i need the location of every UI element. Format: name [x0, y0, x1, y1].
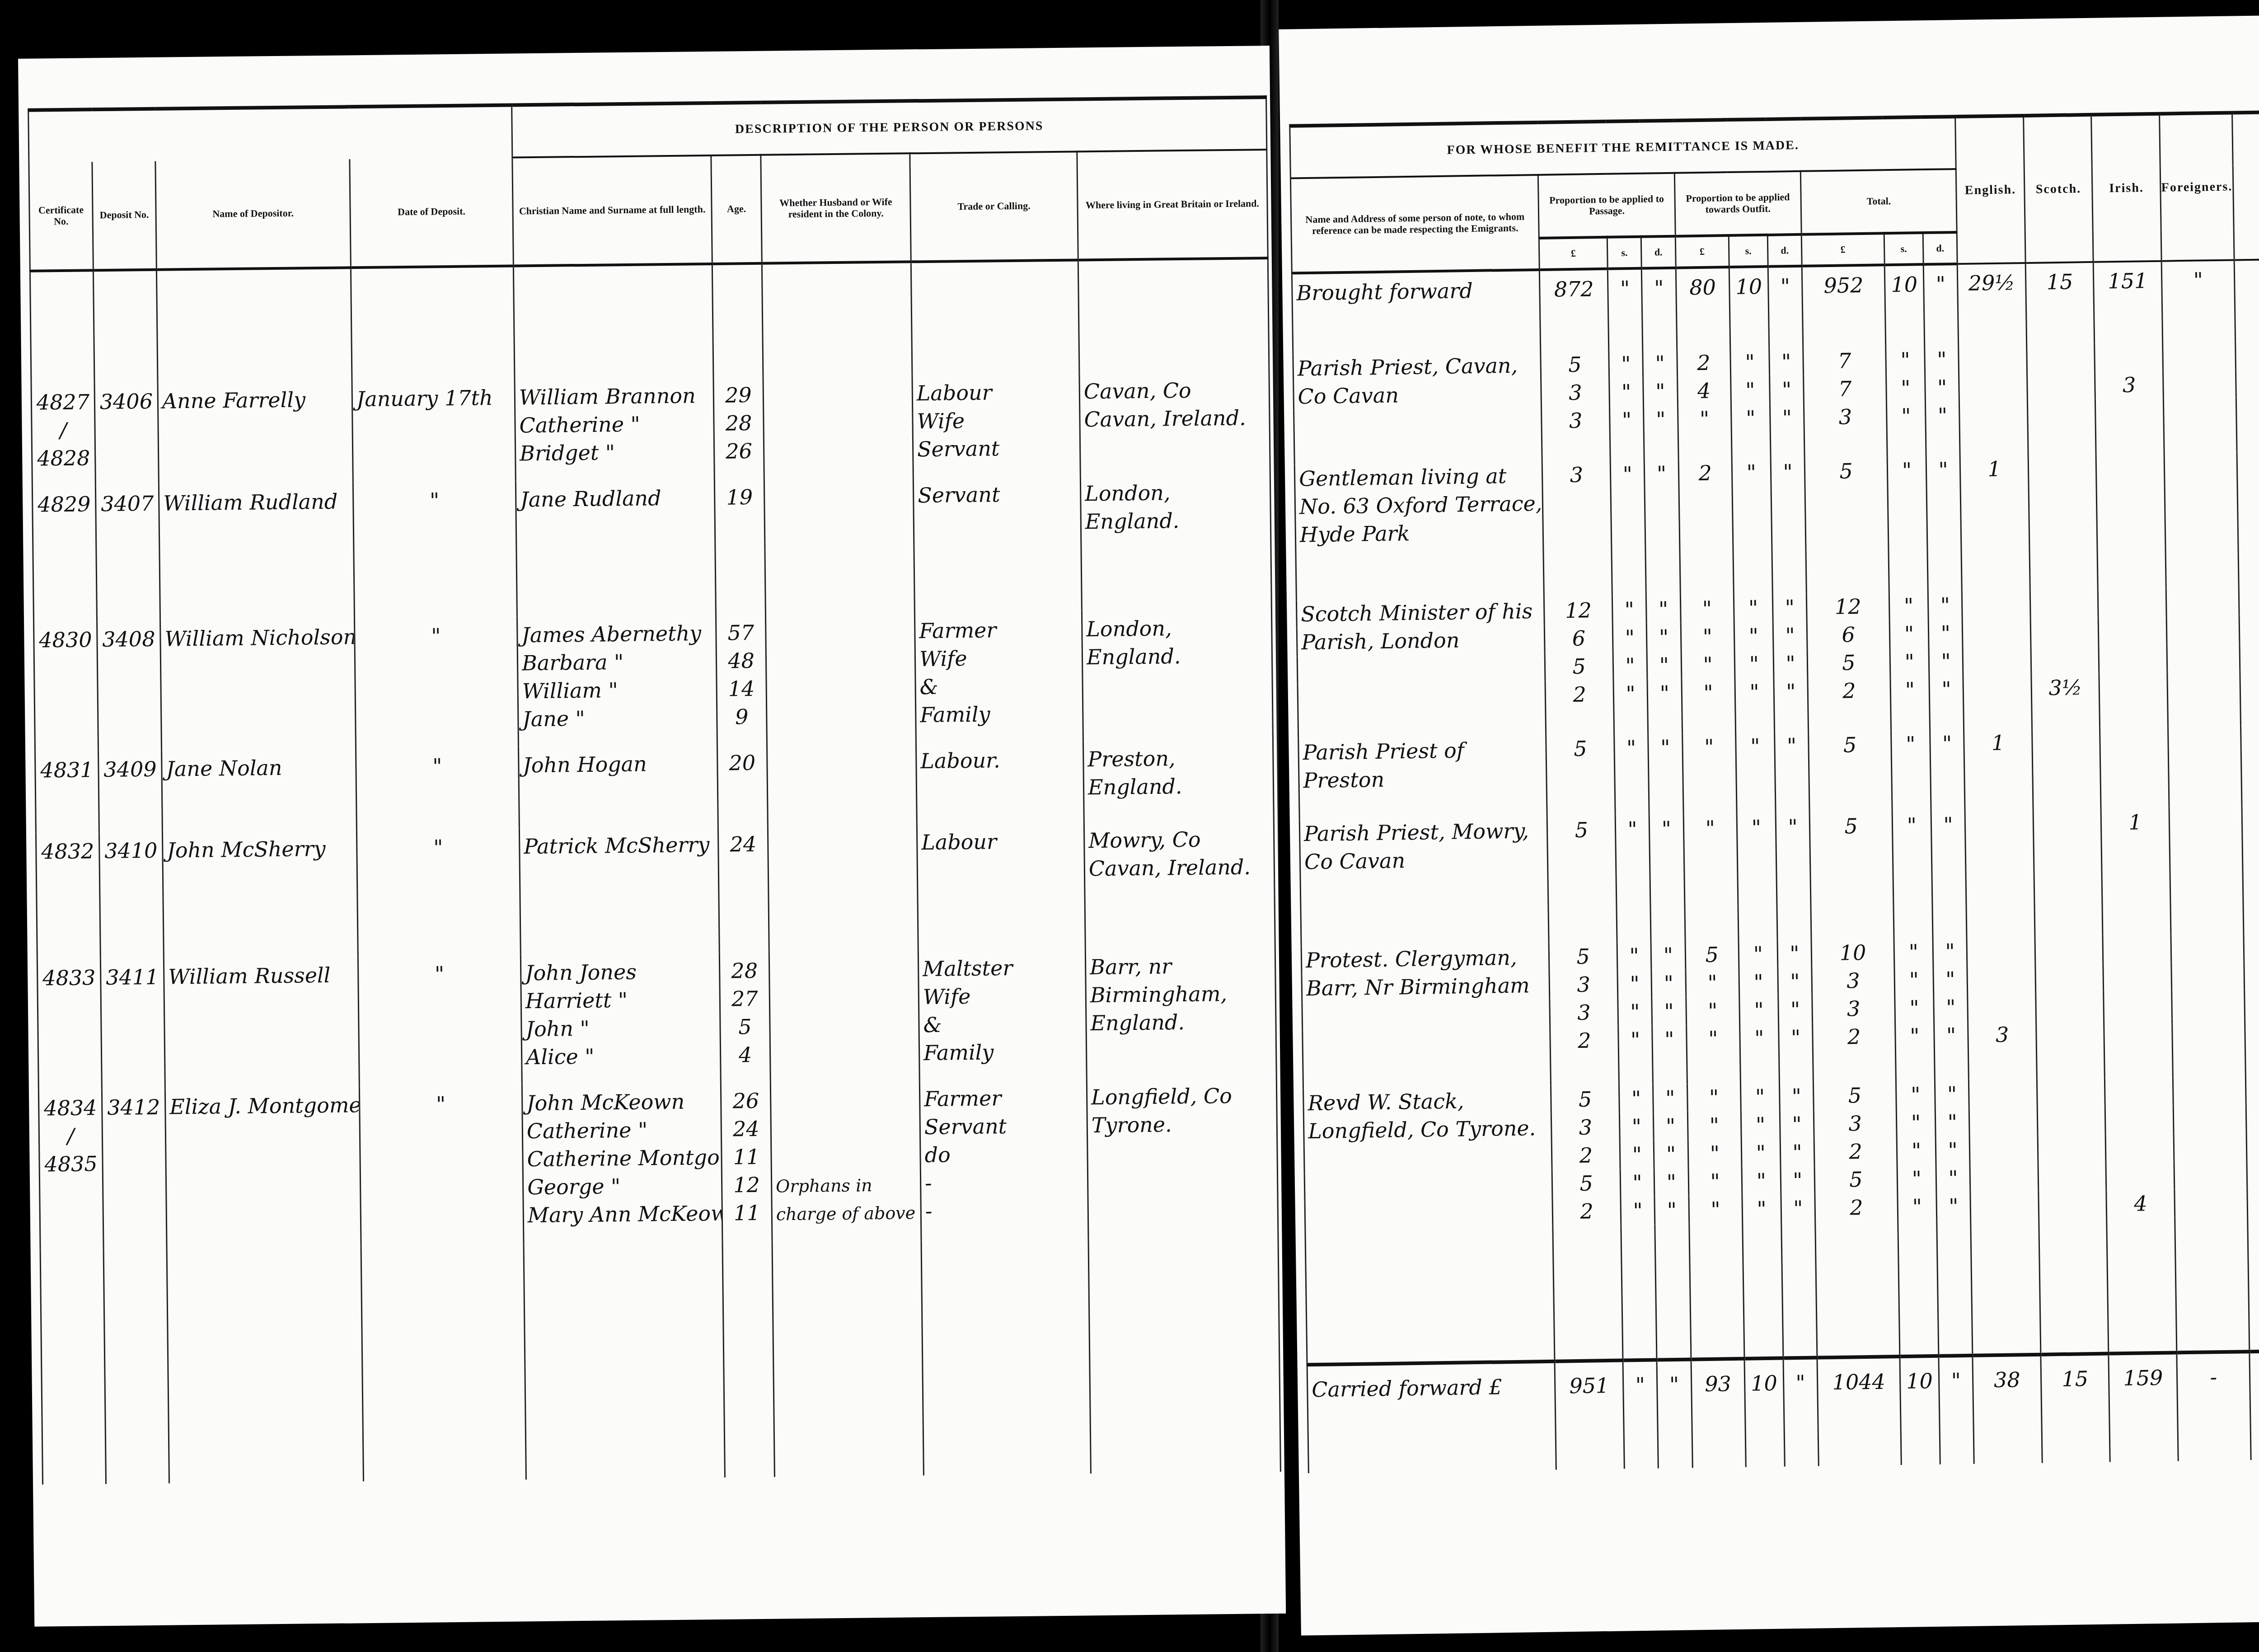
col-foreigners: Foreigners.	[2160, 113, 2235, 261]
total-pound: 2	[1814, 1137, 1897, 1166]
passage-pound: 5	[1551, 1085, 1619, 1114]
passage-shilling: "	[1620, 1140, 1654, 1169]
total-pound: 3	[1804, 402, 1887, 458]
person-name: John McKeown	[526, 1087, 721, 1117]
passage-pound: 6	[1545, 624, 1613, 653]
passage-pence: "	[1647, 651, 1681, 680]
bf-outfit-pound: 80	[1676, 267, 1730, 349]
person-name: William Brannon	[519, 381, 713, 411]
total-shilling: "	[1887, 456, 1928, 592]
outfit-shilling: "	[1741, 1111, 1780, 1139]
outfit-shilling: "	[1735, 732, 1776, 814]
passage-pence: "	[1644, 405, 1678, 460]
trade: Labour	[917, 377, 1079, 407]
remarks-ship: "Sirocco" — " — — " — "Sirocco"	[2246, 1071, 2259, 1216]
outfit-shilling: "	[1742, 1167, 1781, 1195]
person-name: Harriett "	[525, 985, 720, 1015]
table-row: 4831 3409 Jane Nolan " John Hogan 20 Lab…	[35, 739, 1274, 833]
outfit-pence: "	[1769, 375, 1804, 404]
total-pence: "	[1936, 1192, 1971, 1220]
total-pence: "	[1936, 1164, 1970, 1192]
english-count	[1970, 1191, 2039, 1220]
total-pence: "	[1925, 401, 1960, 456]
irish-count: 1	[2101, 808, 2171, 935]
passage-pence: "	[1646, 623, 1681, 652]
scotch-count	[2028, 454, 2098, 590]
person-trades: Servant	[913, 475, 1082, 612]
english-count: 1	[1964, 728, 2033, 811]
scotch-count	[2037, 1078, 2105, 1107]
passage-pence: "	[1653, 1084, 1687, 1112]
irish-count	[2104, 1018, 2173, 1078]
passage-pound: 5	[1552, 1169, 1621, 1198]
passage-shilling: "	[1615, 815, 1651, 942]
person-trades: Farmer Wife & Family	[914, 610, 1083, 742]
english-count	[1959, 344, 2027, 373]
outfit-shilling: "	[1732, 458, 1772, 594]
total-pound: 6	[1807, 620, 1890, 649]
empty-row	[40, 1237, 1280, 1485]
person-trades: Farmer Servant do - -	[919, 1079, 1088, 1240]
deposit-date: "	[358, 954, 522, 1086]
total-pound: 5	[1814, 1165, 1898, 1194]
person-name: Catherine "	[519, 409, 713, 439]
outfit-shilling: "	[1739, 996, 1779, 1024]
husband-wife	[767, 742, 917, 825]
remarks-ship: "Queen of the East"	[2239, 582, 2259, 725]
bf-passage-shilling: "	[1608, 268, 1643, 350]
person-name: John "	[525, 1013, 720, 1043]
table-row: 4832 3410 John McSherry " Patrick McSher…	[36, 820, 1275, 960]
english-count	[1959, 400, 2028, 455]
person-age: 26	[722, 1087, 770, 1115]
foreigners-count	[2171, 961, 2245, 990]
table-row: 4829 3407 William Rudland " Jane Rudland…	[32, 473, 1271, 622]
outfit-pence: "	[1773, 649, 1808, 678]
scotch-count	[2032, 727, 2101, 810]
english-count	[1969, 1135, 2038, 1164]
total-shilling: "	[1889, 619, 1929, 648]
total-pence: "	[1935, 1108, 1969, 1136]
col-english: English.	[1955, 116, 2025, 264]
bf-outfit-shilling: 10	[1729, 267, 1769, 348]
bf-irish: 151	[2094, 261, 2163, 343]
passage-shilling: "	[1612, 596, 1646, 624]
outfit-pound: "	[1688, 1139, 1742, 1168]
person-ages: 19	[714, 479, 765, 615]
passage-pound: 3	[1541, 378, 1609, 407]
passage-pound: 5	[1546, 734, 1615, 817]
english-count	[1967, 936, 2035, 965]
irish-count	[2099, 672, 2168, 727]
trade: Wife	[917, 405, 1079, 435]
total-shilling: "	[1894, 938, 1933, 966]
col-passage-pence: d.	[1641, 236, 1676, 268]
col-certificate-no: Certificate No.	[29, 162, 94, 271]
cf-outfit-pound: 93	[1691, 1359, 1746, 1468]
english-count	[1969, 1079, 2037, 1108]
outfit-pence: "	[1772, 593, 1807, 622]
passage-pound: 5	[1545, 652, 1613, 681]
depositor-name: William Rudland	[159, 483, 354, 620]
deposit-no: 3407	[95, 485, 160, 621]
person-trades: Labour Wife Servant	[912, 373, 1080, 477]
passage-pence: "	[1654, 1140, 1688, 1169]
foreigners-count	[2173, 1076, 2246, 1105]
total-shilling: "	[1891, 730, 1931, 812]
table-row: 4833 3411 William Russell " John Jones H…	[37, 947, 1276, 1090]
total-pence: "	[1934, 993, 1968, 1022]
depositor-name: Eliza J. Montgomery	[165, 1086, 361, 1248]
foreigners-count	[2175, 1188, 2248, 1217]
person-ages: 24	[718, 826, 769, 953]
english-count: 3	[1968, 1020, 2037, 1080]
irish-count	[2095, 343, 2163, 371]
bf-english: 29½	[1958, 263, 2027, 345]
passage-pound: 12	[1544, 596, 1612, 625]
cf-total-pence: "	[1939, 1356, 1974, 1464]
trade: Servant	[918, 479, 1080, 509]
total-pound: 5	[1809, 812, 1894, 939]
total-pence: "	[1925, 373, 1959, 402]
total-pound: 3	[1812, 994, 1895, 1023]
left-page: DESCRIPTION OF THE PERSON OR PERSONS Cer…	[18, 46, 1286, 1627]
outfit-pound: 2	[1677, 348, 1730, 377]
remittance-table: FOR WHOSE BENEFIT THE REMITTANCE IS MADE…	[1289, 106, 2259, 1473]
person-names: James Abernethy Barbara " William " Jane…	[517, 615, 717, 747]
passage-shilling: "	[1613, 680, 1648, 734]
outfit-pound: "	[1682, 732, 1737, 815]
outfit-pound: "	[1680, 594, 1734, 623]
outfit-pence: "	[1776, 813, 1811, 940]
total-pence: "	[1928, 591, 1962, 619]
total-pence: "	[1934, 1021, 1969, 1080]
col-outfit-pound: £	[1675, 235, 1729, 268]
deposit-no: 3412	[102, 1089, 167, 1249]
foreigners-count	[2174, 1160, 2247, 1189]
spacer-row	[30, 258, 1269, 384]
certificate-no: 4834 / 4835	[38, 1089, 103, 1249]
person-age: 57	[717, 619, 765, 647]
reference-name: Revd W. Stack, Longfield, Co Tyrone.	[1303, 1086, 1553, 1230]
deposit-date: "	[356, 746, 520, 830]
husband-wife	[768, 824, 918, 952]
col-date: Date of Deposit.	[350, 158, 513, 268]
person-ages: 26 24 11 12 11	[721, 1082, 772, 1243]
deposit-date: January 17th	[352, 379, 516, 483]
outfit-shilling: "	[1730, 348, 1770, 376]
passage-pound: 3	[1542, 460, 1612, 597]
table-row: 4827 / 4828 3406 Anne Farrelly January 1…	[31, 371, 1270, 486]
person-age: 27	[721, 985, 769, 1013]
cf-outfit-pence: "	[1783, 1358, 1819, 1467]
col-total-pence: d.	[1923, 232, 1957, 264]
outfit-pound: "	[1687, 1111, 1741, 1140]
person-name: John Hogan	[523, 749, 717, 779]
outfit-shilling: "	[1739, 968, 1778, 996]
english-count	[1963, 646, 2031, 675]
person-names: Patrick McSherry	[519, 826, 719, 955]
person-name: Bridget "	[520, 437, 714, 467]
english-count	[1963, 674, 2032, 729]
trade: Farmer	[924, 1083, 1087, 1113]
outfit-pence: "	[1781, 1166, 1815, 1195]
outfit-pence: "	[1774, 677, 1809, 732]
passage-pound: 2	[1550, 1026, 1619, 1086]
bf-passage-pence: "	[1642, 268, 1677, 350]
person-trades: Maltster Wife & Family	[918, 948, 1087, 1080]
trade: &	[923, 1009, 1086, 1039]
carried-forward-row: Carried forward £ 951 " " 93 10 " 1044 1…	[1307, 1347, 2259, 1473]
person-name: James Abernethy	[521, 619, 716, 649]
irish-count	[2105, 1105, 2174, 1134]
col-depositor: Name of Depositor.	[155, 159, 351, 269]
reference-name: Parish Priest, Mowry, Co Cavan	[1299, 817, 1549, 947]
person-name: Catherine Montgomery	[527, 1143, 721, 1173]
carried-forward-label: Carried forward £	[1307, 1361, 1556, 1474]
husband-wife	[769, 950, 919, 1082]
passage-shilling: "	[1609, 378, 1644, 406]
person-age: 4	[721, 1041, 770, 1069]
person-names: Jane Rudland	[516, 479, 716, 617]
person-names: John McKeown Catherine " Catherine Montg…	[522, 1083, 722, 1245]
total-pound: 2	[1815, 1193, 1898, 1222]
cf-scotch: 15	[2041, 1354, 2110, 1463]
foreigners-count	[2167, 671, 2241, 726]
outfit-pence: "	[1778, 1023, 1813, 1083]
person-name: Jane "	[522, 703, 717, 733]
passage-pound: 2	[1552, 1141, 1620, 1170]
irish-count	[2095, 399, 2164, 454]
certificate-no: 4829	[32, 485, 97, 621]
total-pound: 3	[1814, 1109, 1897, 1138]
total-shilling: "	[1895, 994, 1934, 1022]
outfit-shilling: "	[1730, 376, 1770, 404]
total-pound: 5	[1807, 648, 1890, 677]
outfit-pound: "	[1686, 996, 1739, 1025]
scotch-count	[2027, 371, 2095, 400]
deposit-no: 3410	[99, 832, 164, 959]
irish-count	[2103, 934, 2171, 963]
passage-shilling: "	[1613, 652, 1647, 680]
passage-shilling: "	[1610, 406, 1645, 460]
person-names: John Hogan	[519, 745, 718, 828]
passage-pound: 5	[1547, 816, 1617, 943]
person-name: Patrick McSherry	[524, 831, 718, 860]
outfit-pence: "	[1780, 1138, 1814, 1167]
deposit-no: 3409	[98, 751, 163, 832]
foreigners-count	[2174, 1132, 2247, 1161]
scotch-count	[2035, 935, 2103, 964]
person-age: 11	[723, 1199, 772, 1227]
col-total-pound: £	[1801, 233, 1884, 266]
passage-shilling: "	[1621, 1197, 1655, 1225]
total-pence: "	[1935, 1080, 1969, 1108]
bf-foreigners: "	[2161, 260, 2236, 342]
deposit-no: 3411	[100, 958, 165, 1089]
total-shilling: "	[1890, 676, 1930, 730]
deposit-date: "	[359, 1084, 524, 1246]
reference-name: Parish Priest of Preston	[1298, 735, 1547, 820]
table-row: Parish Priest, Mowry, Co Cavan 5 " " " "…	[1299, 802, 2259, 946]
english-count	[1968, 992, 2036, 1021]
husband-wife	[765, 612, 916, 744]
total-pence: "	[1930, 729, 1965, 811]
person-trades: Labour	[917, 822, 1085, 950]
total-shilling: "	[1898, 1192, 1937, 1221]
irish-count	[2106, 1133, 2174, 1162]
total-pence: "	[1925, 345, 1959, 374]
total-pence: "	[1929, 647, 1963, 676]
scotch-count	[2037, 1106, 2105, 1135]
passage-pound: 3	[1549, 970, 1617, 999]
right-page: 289—m 61—300 17 FOR WHOSE BENEFIT THE RE…	[1279, 11, 2259, 1636]
total-shilling: "	[1886, 374, 1926, 402]
deposit-date: "	[356, 828, 520, 956]
depositor-name: Anne Farrelly	[158, 380, 353, 484]
passage-shilling: "	[1619, 1112, 1654, 1141]
total-pound: 7	[1803, 346, 1886, 375]
outfit-shilling: "	[1742, 1195, 1781, 1223]
passage-pence: "	[1643, 349, 1677, 378]
irish-count	[2096, 453, 2166, 589]
where-living: London, England.	[1080, 473, 1271, 610]
foreigners-count	[2166, 587, 2239, 616]
passage-pence: "	[1651, 969, 1686, 998]
cf-outfit-shilling: 10	[1744, 1358, 1785, 1467]
person-names: John Jones Harriett " John " Alice "	[520, 953, 721, 1085]
person-age: 48	[717, 647, 766, 675]
husband-wife	[764, 477, 914, 614]
passage-pence: "	[1652, 1025, 1687, 1084]
irish-count	[2104, 990, 2172, 1019]
scotch-count	[2038, 1162, 2106, 1191]
passage-shilling: "	[1609, 350, 1643, 378]
outfit-pound: "	[1681, 622, 1734, 651]
bf-total-pound: 952	[1802, 265, 1885, 347]
outfit-pence: "	[1773, 621, 1807, 650]
reference-name: Scotch Minister of his Parish, London	[1296, 597, 1546, 739]
col-husband-wife: Whether Husband or Wife resident in the …	[761, 153, 911, 263]
col-outfit: Proportion to be applied towards Outfit.	[1674, 171, 1802, 236]
depositor-name: William Russell	[164, 956, 359, 1088]
total-shilling: "	[1895, 1022, 1935, 1081]
outfit-pound: "	[1678, 404, 1732, 460]
outfit-pound: "	[1681, 650, 1735, 679]
person-age: 28	[720, 957, 769, 985]
outfit-pound: "	[1687, 1083, 1741, 1112]
total-pound: 5	[1804, 456, 1889, 593]
col-passage-pound: £	[1539, 237, 1608, 270]
trade: Farmer	[919, 615, 1082, 645]
outfit-pence: "	[1779, 1082, 1814, 1111]
scotch-count	[2033, 809, 2103, 936]
header-spacer	[28, 105, 512, 163]
bf-scotch: 15	[2025, 262, 2095, 344]
total-shilling: "	[1889, 591, 1928, 620]
foreigners-count	[2168, 725, 2242, 807]
total-pence: "	[1936, 1136, 1970, 1164]
bf-total-shilling: 10	[1884, 264, 1925, 346]
total-pound: 2	[1808, 676, 1891, 732]
cf-passage-pence: "	[1657, 1359, 1692, 1468]
passage-pence: "	[1651, 941, 1685, 970]
foreigners-count	[2173, 1104, 2246, 1133]
outfit-pound: "	[1681, 678, 1735, 733]
deposit-no: 3406	[94, 383, 159, 485]
outfit-shilling: "	[1735, 678, 1775, 732]
english-count: 1	[1960, 455, 2030, 591]
table-row: 4834 / 4835 3412 Eliza J. Montgomery " J…	[38, 1077, 1278, 1250]
passage-shilling: "	[1617, 970, 1652, 998]
person-age: 9	[717, 703, 766, 731]
passage-pence: "	[1654, 1168, 1688, 1197]
total-pound: 5	[1814, 1081, 1897, 1110]
passage-shilling: "	[1610, 460, 1646, 596]
person-age: 24	[719, 830, 768, 859]
remarks-ship: "Peerless"	[2242, 802, 2259, 933]
total-pence: "	[1928, 619, 1963, 648]
passage-shilling: "	[1617, 942, 1651, 970]
husband-wife: Orphans in charge of above	[770, 1080, 921, 1242]
total-pound: 3	[1812, 966, 1895, 995]
trade: Family	[920, 699, 1083, 729]
outfit-pence: "	[1769, 347, 1804, 376]
where-living: Longfield, Co Tyrone.	[1087, 1077, 1278, 1239]
outfit-pound: "	[1686, 1024, 1740, 1084]
where-living: Cavan, Co Cavan, Ireland.	[1079, 371, 1270, 475]
col-deposit-no: Deposit No.	[92, 161, 157, 270]
person-ages: 57 48 14 9	[716, 614, 767, 745]
total-pence: "	[1929, 675, 1964, 730]
person-name: William "	[522, 675, 716, 705]
irish-count: 3	[2095, 371, 2163, 399]
brought-forward-label: Brought forward	[1292, 270, 1541, 355]
certificate-no: 4830	[34, 621, 98, 751]
where-living: Mowry, Co Cavan, Ireland.	[1084, 820, 1275, 948]
total-pound: 5	[1809, 730, 1892, 813]
english-count	[1962, 590, 2030, 619]
irish-count	[2105, 1077, 2173, 1106]
outfit-pound: "	[1688, 1167, 1742, 1196]
remarks-ship: "Spitfire"	[2237, 447, 2259, 587]
passage-pence: "	[1654, 1196, 1689, 1225]
where-living: Barr, nr Birmingham, England.	[1085, 947, 1276, 1079]
scotch-count	[2027, 343, 2095, 372]
foreigners-count	[2171, 933, 2244, 962]
certificate-no: 4827 / 4828	[31, 383, 95, 486]
outfit-pound: 4	[1677, 376, 1731, 405]
col-passage: Proportion to be applied to Passage.	[1538, 173, 1675, 238]
bf-passage-pound: 872	[1540, 269, 1609, 351]
outfit-shilling: "	[1739, 940, 1778, 968]
outfit-pence: "	[1780, 1110, 1814, 1139]
reference-name: Parish Priest, Cavan, Co Cavan	[1293, 351, 1542, 465]
outfit-pound: "	[1685, 968, 1739, 997]
outfit-pence: "	[1777, 939, 1812, 968]
bf-outfit-pence: "	[1768, 266, 1803, 348]
irish-count	[2098, 588, 2166, 617]
total-shilling: "	[1890, 648, 1929, 676]
col-irish: Irish.	[2091, 114, 2161, 262]
foreigners-count	[2163, 397, 2237, 452]
trade: Labour	[921, 826, 1084, 856]
col-remarks: REMARKS.	[2232, 108, 2259, 260]
passage-pound: 5	[1541, 350, 1609, 379]
trade: Wife	[923, 981, 1086, 1011]
irish-count	[2106, 1161, 2174, 1190]
cf-total-shilling: 10	[1900, 1356, 1940, 1465]
